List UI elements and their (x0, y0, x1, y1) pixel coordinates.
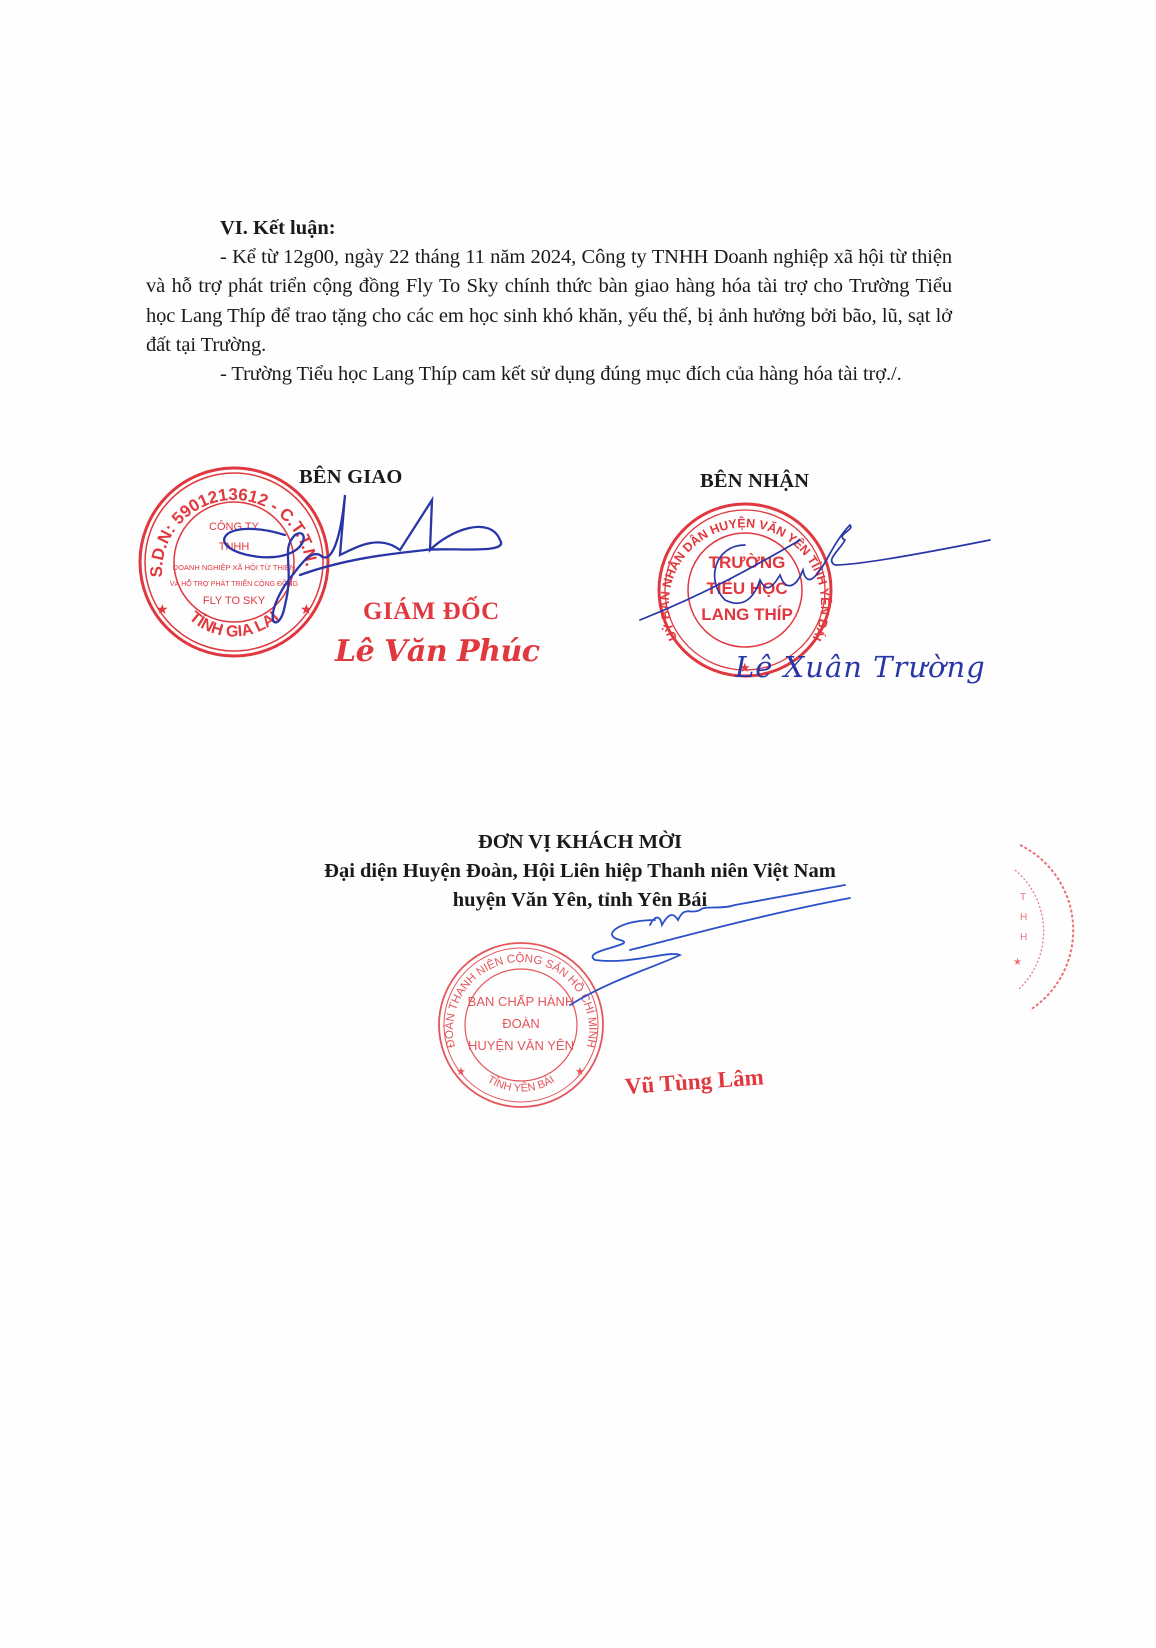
conclusion-section: VI. Kết luận: - Kể từ 12g00, ngày 22 thá… (146, 214, 952, 389)
svg-text:★: ★ (575, 1066, 585, 1078)
svg-text:H: H (1020, 932, 1027, 943)
svg-text:ĐOÀN: ĐOÀN (502, 1016, 540, 1031)
receiver-name: Lê Xuân Trường (735, 650, 986, 684)
svg-text:TỈNH YÊN BÁI: TỈNH YÊN BÁI (485, 1074, 556, 1095)
edge-stamp-fragment: T H H ★ (1010, 840, 1156, 1020)
svg-text:H: H (1020, 912, 1027, 923)
receiver-signature (635, 520, 995, 630)
guest-name: Vũ Tùng Lâm (624, 1064, 764, 1100)
svg-text:HUYỆN VĂN YÊN: HUYỆN VĂN YÊN (468, 1038, 574, 1053)
paragraph-handover: - Kể từ 12g00, ngày 22 tháng 11 năm 2024… (146, 243, 952, 360)
svg-text:T: T (1020, 892, 1026, 903)
paragraph-commitment: - Trường Tiểu học Lang Thíp cam kết sử d… (146, 360, 952, 389)
svg-text:★: ★ (1013, 957, 1022, 968)
svg-text:★: ★ (456, 1066, 466, 1078)
section-heading: VI. Kết luận: (220, 214, 952, 243)
giver-title: BÊN GIAO (299, 466, 403, 489)
giver-position: GIÁM ĐỐC (363, 598, 500, 626)
svg-text:★: ★ (156, 603, 169, 618)
document-page: VI. Kết luận: - Kể từ 12g00, ngày 22 thá… (0, 0, 1156, 1648)
giver-name: Lê Văn Phúc (335, 634, 540, 669)
guest-signature (560, 880, 860, 1020)
guest-title: ĐƠN VỊ KHÁCH MỜI (180, 828, 980, 857)
receiver-title: BÊN NHẬN (700, 470, 809, 493)
svg-text:BAN CHẤP HÀNH: BAN CHẤP HÀNH (468, 994, 575, 1009)
